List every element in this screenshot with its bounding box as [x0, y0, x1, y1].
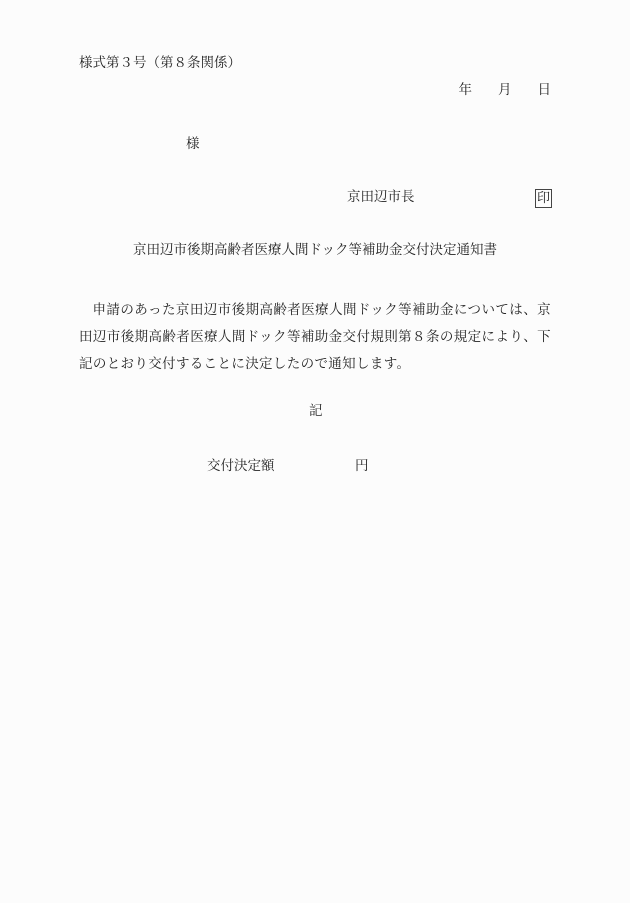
- sender-name: 京田辺市長: [347, 191, 415, 205]
- amount-unit: 円: [355, 460, 369, 474]
- ki-heading: 記: [309, 405, 323, 419]
- body-text: 申請のあった京田辺市後期高齢者医療人間ドック等補助金については、京田辺市後期高齢…: [79, 297, 551, 378]
- body-paragraph: 申請のあった京田辺市後期高齢者医療人間ドック等補助金については、京田辺市後期高齢…: [79, 297, 551, 378]
- date-year-label: 年: [459, 84, 473, 98]
- recipient-suffix: 様: [186, 138, 200, 152]
- date-line: 年 月 日: [459, 84, 552, 98]
- date-day-label: 日: [538, 84, 552, 98]
- document-title: 京田辺市後期高齢者医療人間ドック等補助金交付決定通知書: [133, 244, 497, 258]
- seal-stamp-icon: 印: [535, 189, 552, 208]
- date-month-label: 月: [498, 84, 512, 98]
- date-month-blank: [472, 84, 498, 98]
- amount-label: 交付決定額: [207, 460, 275, 474]
- date-day-blank: [512, 84, 538, 98]
- form-number: 様式第３号（第８条関係）: [79, 57, 241, 71]
